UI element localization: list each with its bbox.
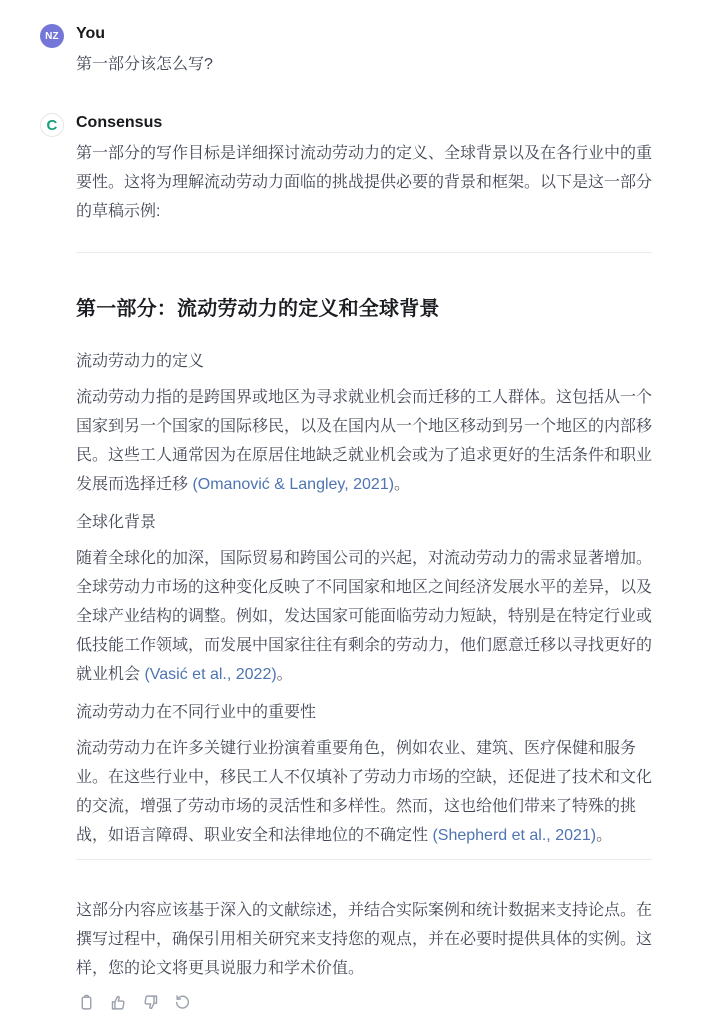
- section-body-text: 随着全球化的加深，国际贸易和跨国公司的兴起，对流动劳动力的需求显著增加。全球劳动…: [76, 550, 652, 683]
- draft-section-definition: 流动劳动力的定义 流动劳动力指的是跨国界或地区为寻求就业机会而迁移的工人群体。这…: [76, 347, 652, 499]
- clipboard-icon: [78, 994, 95, 1011]
- user-avatar: NZ: [40, 24, 64, 48]
- assistant-message-body: Consensus 第一部分的写作目标是详细探讨流动劳动力的定义、全球背景以及在…: [76, 111, 652, 1013]
- regenerate-icon: [174, 994, 191, 1011]
- section-paragraph: 流动劳动力在许多关键行业扮演着重要角色，例如农业、建筑、医疗保健和服务业。在这些…: [76, 734, 652, 850]
- divider-bottom: [76, 859, 652, 860]
- draft-section-industries: 流动劳动力在不同行业中的重要性 流动劳动力在许多关键行业扮演着重要角色，例如农业…: [76, 698, 652, 850]
- citation-link[interactable]: (Omanović & Langley, 2021): [192, 476, 394, 493]
- divider-top: [76, 252, 652, 253]
- sentence-end: 。: [596, 827, 612, 844]
- user-author-label: You: [76, 22, 652, 46]
- draft-section-heading: 第一部分：流动劳动力的定义和全球背景: [76, 295, 652, 323]
- thumbs-down-button[interactable]: [140, 992, 161, 1013]
- user-message-text: 第一部分该怎么写?: [76, 50, 652, 79]
- section-subtitle: 流动劳动力在不同行业中的重要性: [76, 698, 652, 727]
- section-paragraph: 流动劳动力指的是跨国界或地区为寻求就业机会而迁移的工人群体。这包括从一个国家到另…: [76, 383, 652, 499]
- citation-link[interactable]: (Shepherd et al., 2021): [432, 827, 596, 844]
- regenerate-button[interactable]: [172, 992, 193, 1013]
- thumbs-up-button[interactable]: [108, 992, 129, 1013]
- section-subtitle: 流动劳动力的定义: [76, 347, 652, 376]
- thumbs-up-icon: [110, 994, 127, 1011]
- thumbs-down-icon: [142, 994, 159, 1011]
- consensus-logo-letter: C: [46, 117, 57, 134]
- message-action-bar: [76, 992, 652, 1013]
- user-message-body: You 第一部分该怎么写?: [76, 22, 652, 79]
- section-paragraph: 随着全球化的加深，国际贸易和跨国公司的兴起，对流动劳动力的需求显著增加。全球劳动…: [76, 544, 652, 689]
- consensus-logo-icon: C: [40, 113, 64, 137]
- section-subtitle: 全球化背景: [76, 508, 652, 537]
- copy-button[interactable]: [76, 992, 97, 1013]
- user-message: NZ You 第一部分该怎么写?: [40, 22, 652, 79]
- assistant-outro-paragraph: 这部分内容应该基于深入的文献综述，并结合实际案例和统计数据来支持论点。在撰写过程…: [76, 896, 652, 983]
- draft-section-globalization: 全球化背景 随着全球化的加深，国际贸易和跨国公司的兴起，对流动劳动力的需求显著增…: [76, 508, 652, 689]
- sentence-end: 。: [277, 666, 293, 683]
- assistant-author-label: Consensus: [76, 111, 652, 135]
- assistant-message: C Consensus 第一部分的写作目标是详细探讨流动劳动力的定义、全球背景以…: [40, 111, 652, 1013]
- user-avatar-initials: NZ: [45, 31, 59, 42]
- sentence-end: 。: [394, 476, 410, 493]
- assistant-intro-paragraph: 第一部分的写作目标是详细探讨流动劳动力的定义、全球背景以及在各行业中的重要性。这…: [76, 139, 652, 226]
- citation-link[interactable]: (Vasić et al., 2022): [144, 666, 276, 683]
- chat-conversation: NZ You 第一部分该怎么写? C Consensus 第一部分的写作目标是详…: [0, 0, 710, 1013]
